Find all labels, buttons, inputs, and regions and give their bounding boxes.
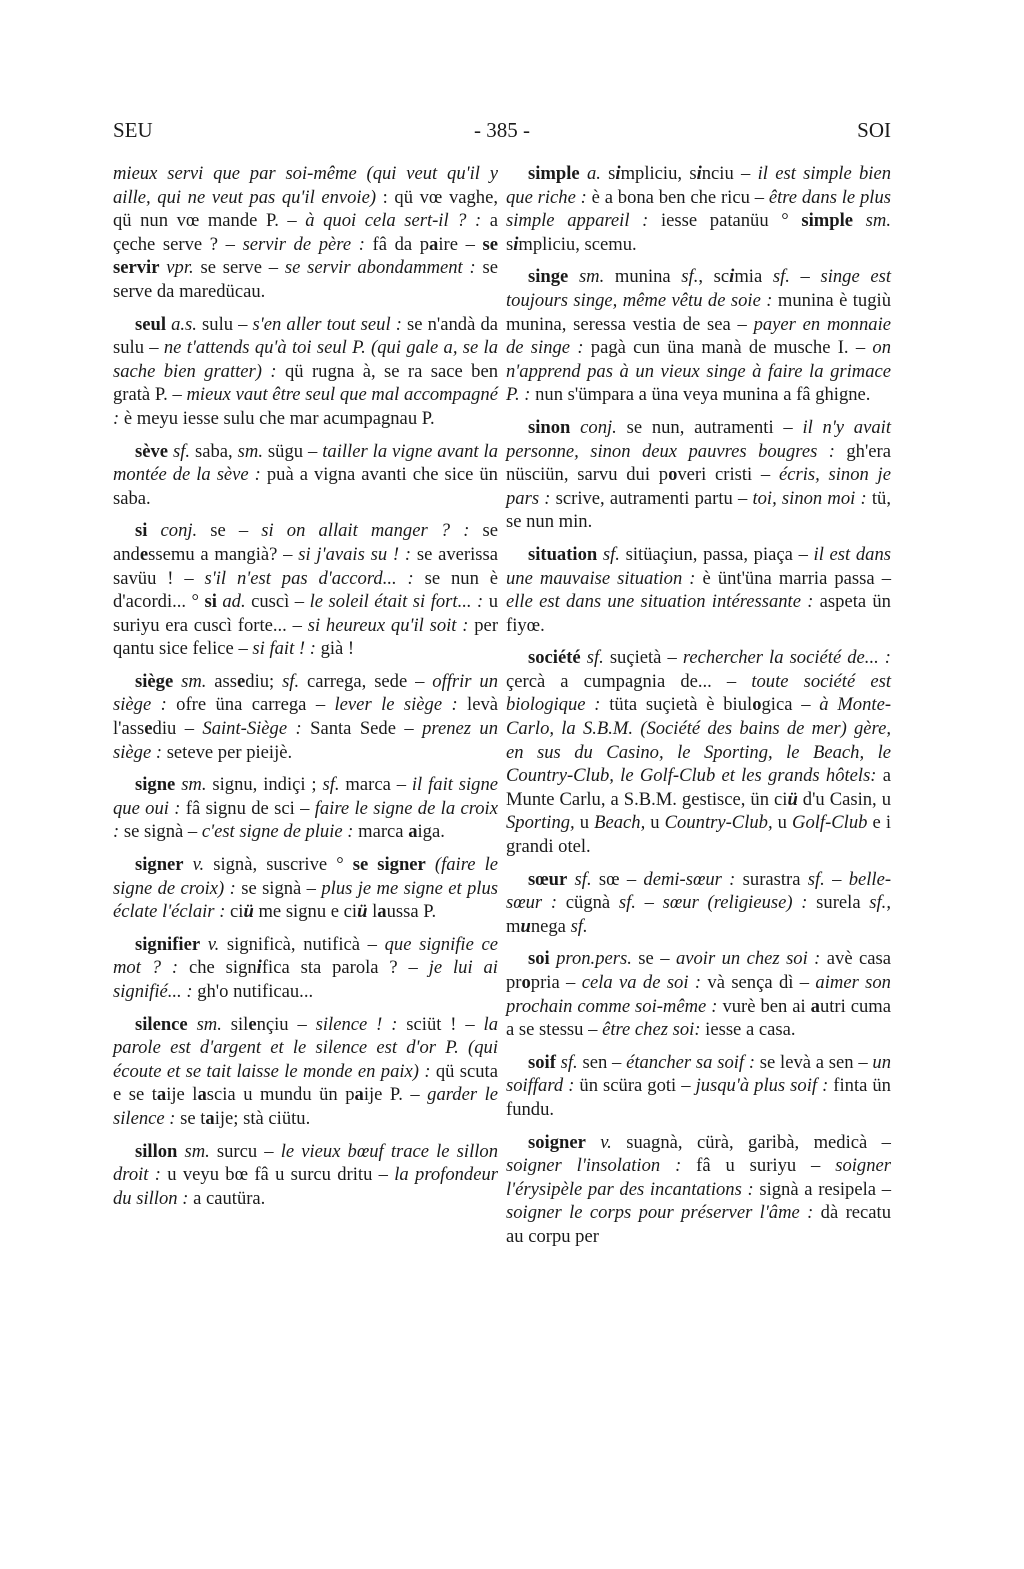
entry-text: sf. [681, 266, 698, 287]
entry-text [200, 934, 208, 955]
headword: sœur [528, 869, 567, 890]
entry-text: – [636, 892, 663, 913]
dictionary-entry: mieux servi que par soi-même (qui veut q… [113, 162, 498, 304]
entry-text: vurè ben ai [717, 996, 810, 1017]
entry-text: iesse a casa. [701, 1019, 796, 1040]
entry-text: u veyu bœ fâ u surcu dritu – [161, 1164, 394, 1185]
dictionary-entry: singe sm. munina sf., scimia sf. – singe… [506, 265, 891, 407]
entry-text: v. [193, 854, 205, 875]
entry-text: v. [208, 934, 220, 955]
headword: soigner [528, 1132, 586, 1153]
entry-text: cügnà [557, 892, 619, 913]
entry-text: a [377, 901, 386, 922]
entry-text: sf. [869, 892, 886, 913]
entry-text: conj. [161, 520, 198, 541]
entry-text: suçietà – [604, 647, 683, 668]
entry-text: nciu – [702, 163, 758, 184]
entry-text: a [811, 996, 820, 1017]
entry-text: pron.pers. [556, 948, 632, 969]
entry-text: se signà – [236, 878, 322, 899]
entry-text: se signà – [119, 821, 202, 842]
entry-text: e [144, 718, 152, 739]
entry-text: sf. [619, 892, 636, 913]
entry-text: rechercher la société de... : [683, 647, 891, 668]
entry-text: a cautüra. [188, 1188, 265, 1209]
dictionary-entry: sœur sf. sœ – demi-sœur : surastra sf. –… [506, 868, 891, 939]
entry-text: gica – [761, 694, 819, 715]
entry-text: sm. [238, 441, 263, 462]
entry-text: marca – [340, 774, 412, 795]
entry-text [567, 869, 574, 890]
entry-text: signà a resipela – [754, 1179, 891, 1200]
entry-text: s'en aller tout seul : [253, 314, 402, 335]
entry-text: le soleil était si fort... : [310, 591, 484, 612]
headword: signe [135, 774, 175, 795]
entry-text: a [429, 234, 438, 255]
entry-text: significà, nutificà – [219, 934, 384, 955]
entry-text: l [367, 901, 377, 922]
entry-text: scia u mundu ün p [207, 1084, 355, 1105]
entry-text: mpliciu, scemu. [518, 234, 636, 255]
entry-text: si heureux qu'il soit : [308, 615, 469, 636]
entry-text: ussa P. [387, 901, 437, 922]
dictionary-entry: signer v. signà, suscrive ° se signer (f… [113, 853, 498, 924]
entry-text: avoir un chez soi : [676, 948, 820, 969]
entry-text: Santa Sede – [302, 718, 422, 739]
entry-text: cuscì – [246, 591, 310, 612]
left-column: mieux servi que par soi-même (qui veut q… [113, 162, 498, 1219]
headword: singe [528, 266, 568, 287]
entry-text: sf. [571, 916, 588, 937]
entry-text: munina [604, 266, 681, 287]
entry-text: jusqu'à plus soif : [696, 1075, 829, 1096]
entry-text: u [520, 916, 530, 937]
entry-text: ije l [166, 1084, 197, 1105]
dictionary-entry: sinon conj. se nun, autramenti – il n'y … [506, 416, 891, 534]
entry-text: mia [734, 266, 773, 287]
right-guide-word: SOI [857, 118, 891, 143]
entry-text [580, 163, 587, 184]
entry-text: ofre üna carrega – [167, 694, 335, 715]
entry-text: suagnà, cürà, garibà, medicà – [612, 1132, 891, 1153]
entry-text: surastra [735, 869, 807, 890]
dictionary-entry: soi pron.pers. se – avoir un chez soi : … [506, 947, 891, 1041]
entry-text: s [601, 163, 616, 184]
entry-text: se t [175, 1108, 205, 1129]
entry-text: ün scüra goti – [574, 1075, 695, 1096]
entry-text: gh'o nutificau... [193, 981, 314, 1002]
entry-text: sf. [587, 647, 604, 668]
entry-text: nçiu – [257, 1014, 316, 1035]
entry-text: se signer [353, 854, 426, 875]
entry-text: è ünt'üna marria passa – [695, 568, 891, 589]
entry-text: scrive, autramenti partu – [550, 488, 752, 509]
dictionary-entry: simple a. simpliciu, sinciu – il est sim… [506, 162, 891, 256]
dictionary-entry: société sf. suçietà – rechercher la soci… [506, 646, 891, 858]
entry-text: lever le siège : [335, 694, 458, 715]
entry-text: vpr. [166, 257, 193, 278]
entry-text: se – [632, 948, 676, 969]
headword: silence [135, 1014, 188, 1035]
entry-text: soigner l'insolation : [506, 1155, 681, 1176]
entry-text: simple [801, 210, 853, 231]
entry-text: conj. [580, 417, 617, 438]
headword: simple [528, 163, 580, 184]
entry-text: fica sta parola ? – [262, 957, 429, 978]
entry-text: sœur (religieuse) : [663, 892, 808, 913]
dictionary-entry: signe sm. signu, indiçi ; sf. marca – il… [113, 773, 498, 844]
entry-text: demi-sœur : [643, 869, 735, 890]
dictionary-entry: sillon sm. surcu – le vieux bœuf trace l… [113, 1140, 498, 1211]
entry-text: u [575, 812, 594, 833]
entry-text: mpliciu, s [621, 163, 697, 184]
entry-text: e [248, 1014, 256, 1035]
headword: signifier [135, 934, 200, 955]
entry-text: – [825, 869, 849, 890]
entry-text: ije; stà ciütu. [215, 1108, 311, 1129]
entry-text: d'u Casin, u [798, 789, 891, 810]
entry-text: se nun, autramenti – [617, 417, 803, 438]
entry-text: si j'avais su ! : [298, 544, 411, 565]
entry-text: già ! [316, 638, 354, 659]
entry-text: se servir abondamment : [285, 257, 476, 278]
entry-text: è meyu iesse sulu che mar acumpagnau P. [119, 408, 435, 429]
entry-text: signà, suscrive ° [204, 854, 353, 875]
entry-text: che sign [178, 957, 257, 978]
entry-text: ü [357, 901, 367, 922]
entry-text: si on allait manger ? : [261, 520, 469, 541]
entry-text: fâ da p [365, 234, 429, 255]
entry-text [586, 1132, 600, 1153]
entry-text: ci [225, 901, 243, 922]
entry-text: signu, indiçi ; [207, 774, 323, 795]
entry-text: a [157, 1084, 166, 1105]
entry-text: sm. [184, 1141, 209, 1162]
entry-text: sil [222, 1014, 248, 1035]
entry-text: a [205, 1108, 214, 1129]
entry-text: sm. [181, 774, 206, 795]
entry-text [147, 520, 160, 541]
entry-text: se levà a sen – [755, 1052, 872, 1073]
entry-text: – [790, 266, 821, 287]
entry-text: ü [787, 789, 797, 810]
dictionary-entry: soigner v. suagnà, cürà, garibà, medicà … [506, 1131, 891, 1249]
dictionary-entry: seul a.s. sulu – s'en aller tout seul : … [113, 313, 498, 431]
entry-text: nega [531, 916, 571, 937]
dictionary-entry: si conj. se – si on allait manger ? : se… [113, 519, 498, 661]
entry-text: sen – [578, 1052, 626, 1073]
entry-text: sulu – [197, 314, 253, 335]
entry-text [184, 854, 193, 875]
entry-text: marca [354, 821, 409, 842]
entry-text: a.s. [171, 314, 197, 335]
headword: si [135, 520, 147, 541]
entry-text: Saint-Siège : [202, 718, 301, 739]
headword: société [528, 647, 581, 668]
entry-text: sf. [561, 1052, 578, 1073]
entry-text: diu; [245, 671, 282, 692]
entry-text: sf. [773, 266, 790, 287]
entry-text: seteve per pieijè. [162, 742, 292, 763]
entry-text: a [197, 1084, 206, 1105]
entry-text: carrega, sede – [299, 671, 432, 692]
headword: sillon [135, 1141, 177, 1162]
entry-text [570, 417, 580, 438]
entry-text: a [355, 1084, 364, 1105]
entry-text: saba, [190, 441, 238, 462]
page-header: SEU - 385 - SOI [113, 118, 891, 146]
entry-text: soigner le corps pour préserver l'âme : [506, 1202, 813, 1223]
entry-text: fâ signu de sci – [180, 798, 314, 819]
entry-text: fâ u suriyu – [681, 1155, 835, 1176]
entry-text: çercà a cumpagnia de... – [506, 671, 751, 692]
entry-text: sciüt ! – [397, 1014, 483, 1035]
entry-text: se serve – [194, 257, 285, 278]
entry-text: sm. [866, 210, 891, 231]
entry-text: Beach, [594, 812, 645, 833]
dictionary-entry: soif sf. sen – étancher sa soif : se lev… [506, 1051, 891, 1122]
entry-text: silence ! : [316, 1014, 398, 1035]
headword: situation [528, 544, 597, 565]
entry-text: veri cristi – [677, 464, 779, 485]
entry-text: sf. [603, 544, 620, 565]
entry-text: pagà cun üna manà de musche I. – [584, 337, 873, 358]
headword: sève [135, 441, 168, 462]
entry-text: Sporting, [506, 812, 575, 833]
entry-text: me signu e ci [254, 901, 357, 922]
entry-text [173, 671, 181, 692]
right-column: simple a. simpliciu, sinciu – il est sim… [506, 162, 891, 1258]
entry-text: o [668, 464, 677, 485]
entry-text: ije P. – [364, 1084, 427, 1105]
entry-text: servir de père : [243, 234, 365, 255]
entry-text: sf. [808, 869, 825, 890]
entry-text: sf. [575, 869, 592, 890]
entry-text: a [408, 821, 417, 842]
entry-text: se – [197, 520, 261, 541]
headword: seul [135, 314, 166, 335]
entry-text: v. [600, 1132, 612, 1153]
entry-text: être chez soi: [602, 1019, 700, 1040]
entry-text: a. [587, 163, 601, 184]
dictionary-entry: silence sm. silençiu – silence ! : sciüt… [113, 1013, 498, 1131]
entry-text: , sc [698, 266, 729, 287]
entry-text: và sença dì – [701, 972, 815, 993]
entry-text: sf. [173, 441, 190, 462]
page-number: - 385 - [113, 118, 891, 143]
entry-text: sf. [282, 671, 299, 692]
entry-text [426, 854, 435, 875]
entry-text: sm. [197, 1014, 222, 1035]
entry-text: sœ – [592, 869, 644, 890]
dictionary-entry: sève sf. saba, sm. sügu – tailler la vig… [113, 440, 498, 511]
headword: soif [528, 1052, 556, 1073]
entry-text: Country-Club, [665, 812, 773, 833]
entry-text: iesse patanüu ° [648, 210, 801, 231]
entry-text: ü [243, 901, 253, 922]
entry-text: e [140, 544, 148, 565]
entry-text: sitüaçiun, passa, piaça – [620, 544, 814, 565]
dictionary-entry: siège sm. assediu; sf. carrega, sede – o… [113, 670, 498, 764]
entry-text: si fait ! : [252, 638, 316, 659]
entry-text: si [204, 591, 216, 612]
entry-text [188, 1014, 197, 1035]
entry-text: ass [206, 671, 237, 692]
dictionary-entry: signifier v. significà, nutificà – que s… [113, 933, 498, 1004]
entry-text: à quoi cela sert-il ? : [305, 210, 481, 231]
entry-text [568, 266, 579, 287]
entry-text: iga. [418, 821, 445, 842]
entry-text [853, 210, 866, 231]
entry-text: diu – [153, 718, 203, 739]
headword: sinon [528, 417, 570, 438]
headword: soi [528, 948, 550, 969]
entry-text: u [645, 812, 664, 833]
entry-text: sügu – [263, 441, 322, 462]
entry-text: surela [807, 892, 869, 913]
headword: signer [135, 854, 184, 875]
entry-text: surcu – [210, 1141, 281, 1162]
entry-text: toi, sinon moi : [752, 488, 866, 509]
entry-text: c'est signe de pluie : [202, 821, 354, 842]
entry-text: ssemu a mangià? – [148, 544, 298, 565]
entry-text: cela va de soi : [582, 972, 701, 993]
entry-text: Golf-Club [792, 812, 867, 833]
dictionary-entry: situation sf. sitüaçiun, passa, piaça – … [506, 543, 891, 637]
entry-text: sm. [579, 266, 604, 287]
entry-text: nun s'ümpara a üna veya munina a fâ ghig… [530, 384, 870, 405]
entry-text: o [522, 972, 531, 993]
entry-text: étancher sa soif : [626, 1052, 755, 1073]
entry-text: s'il n'est pas d'accord... : [205, 568, 414, 589]
entry-text: elle est dans une situation intéressante… [506, 591, 813, 612]
headword: siège [135, 671, 173, 692]
entry-text: ad. [222, 591, 245, 612]
entry-text: è a bona ben che ricu – [587, 187, 769, 208]
entry-text: pria – [531, 972, 582, 993]
entry-text: sf. [322, 774, 339, 795]
entry-text: sm. [181, 671, 206, 692]
entry-text: u [773, 812, 792, 833]
entry-text: ire – [438, 234, 482, 255]
entry-text: tüta suçietà è biul [600, 694, 752, 715]
